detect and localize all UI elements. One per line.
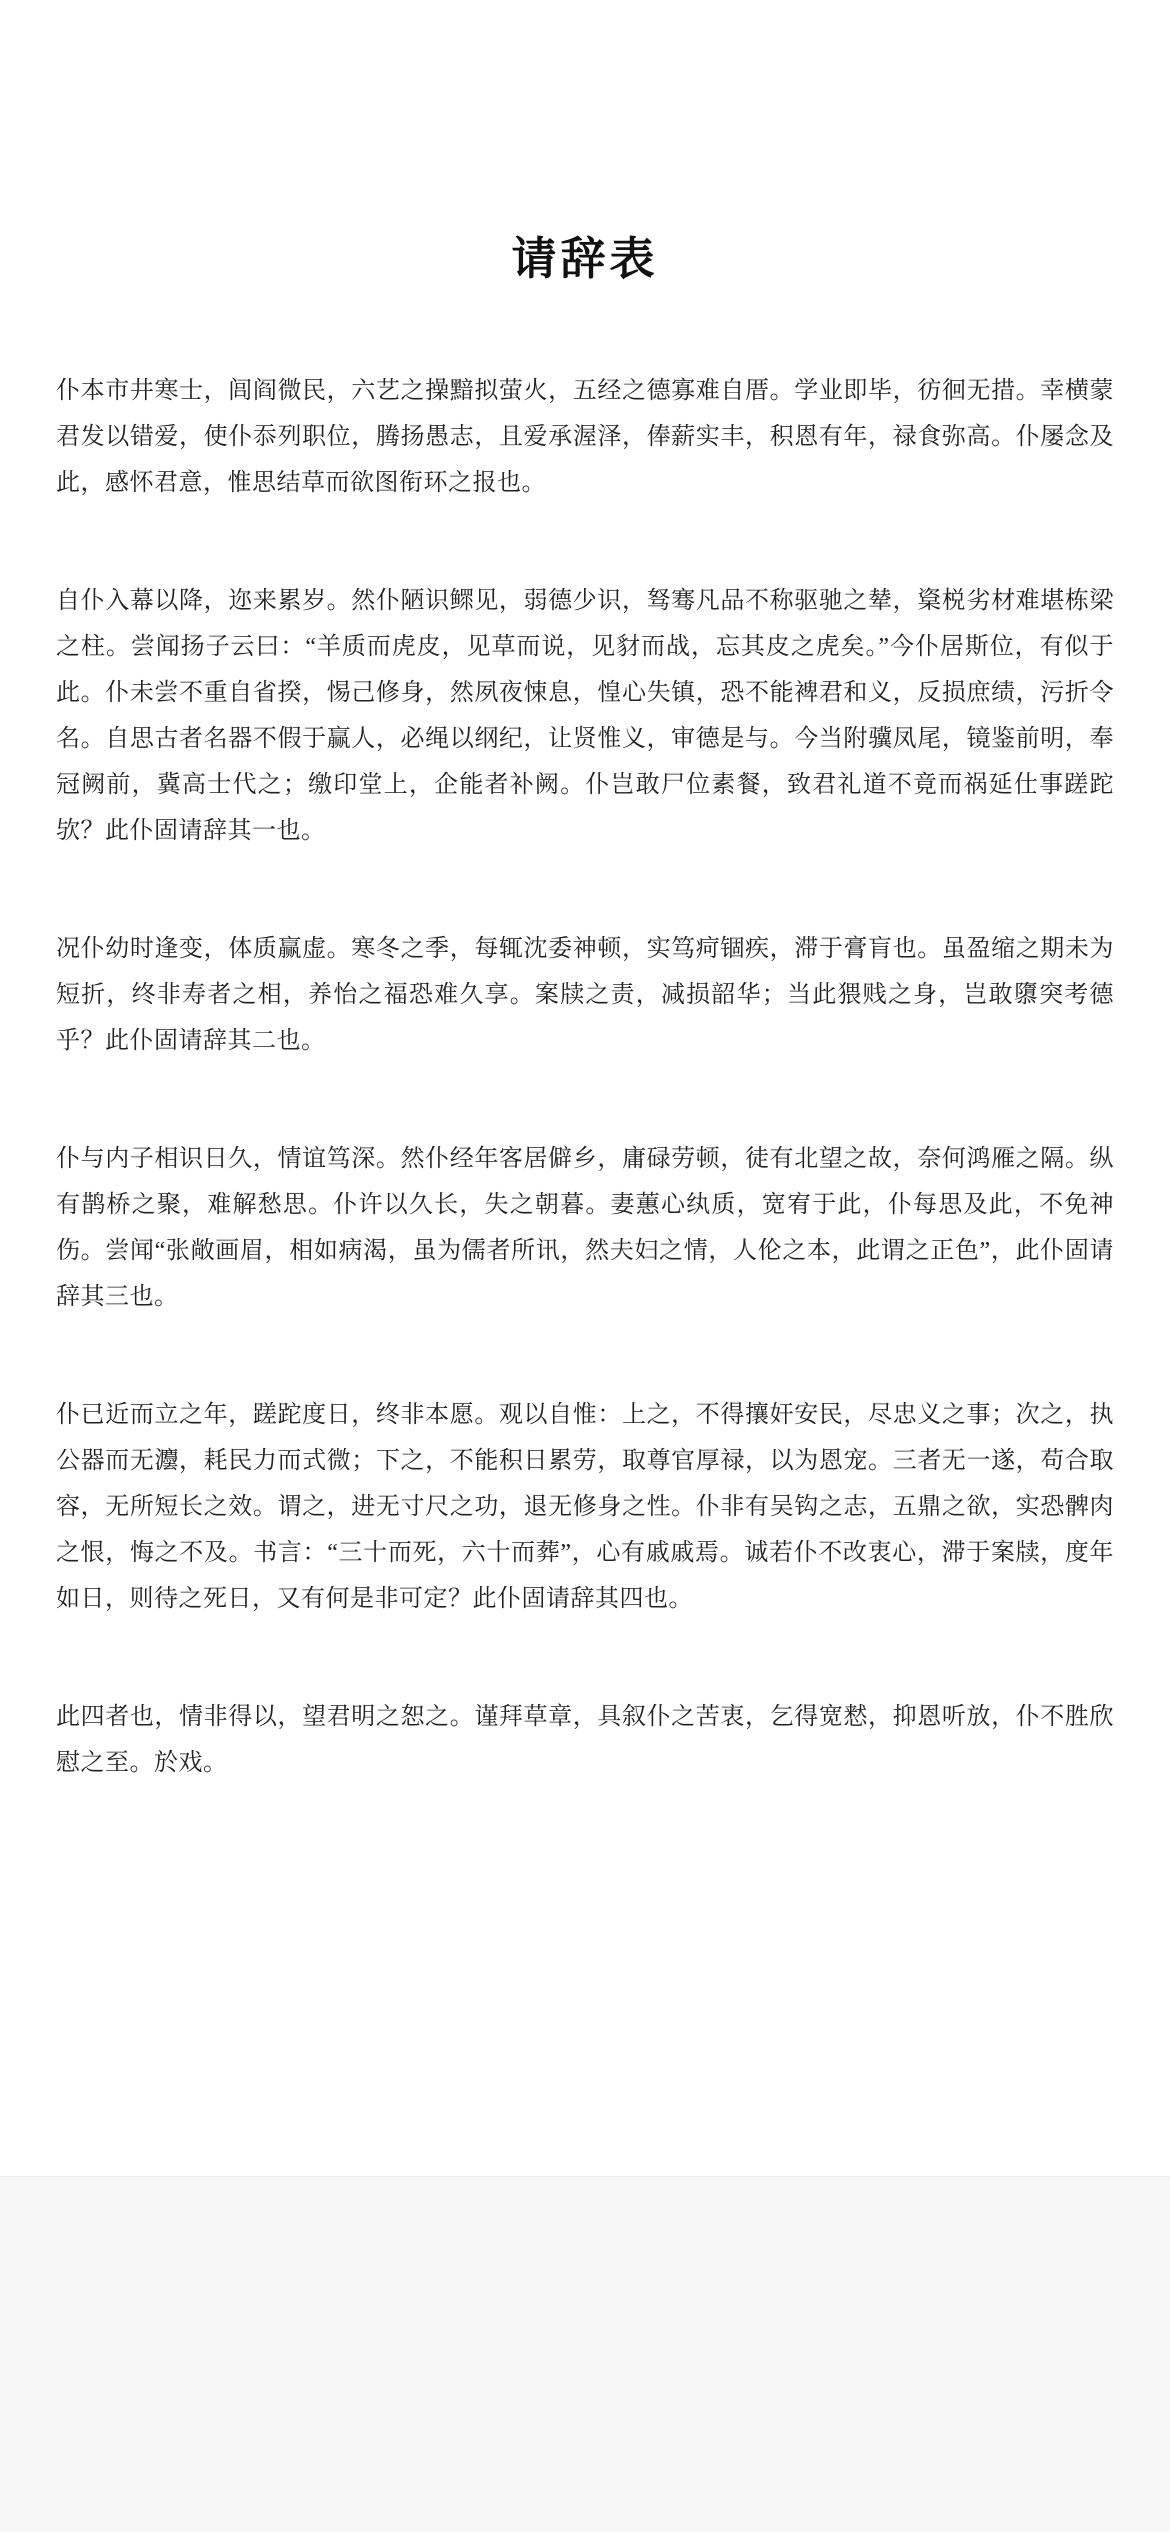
paragraph-intro: 仆本市井寒士，闾阎微民，六艺之操黯拟萤火，五经之德寡难自厝。学业即毕，彷徊无措。…	[56, 368, 1114, 506]
paragraph-reason-two: 况仆幼时逢变，体质赢虚。寒冬之季，每辄沈委神顿，实笃疴锢疾，滞于膏肓也。虽盈缩之…	[56, 926, 1114, 1064]
paragraph-reason-four: 仆已近而立之年，蹉跎度日，终非本愿。观以自惟：上之，不得攘奸安民，尽忠义之事；次…	[56, 1392, 1114, 1622]
paragraph-closing: 此四者也，情非得以，望君明之恕之。谨拜草章，具叙仆之苦衷，乞得宽慭，抑恩听放，仆…	[56, 1694, 1114, 1786]
document-page: 请辞表 仆本市井寒士，闾阎微民，六艺之操黯拟萤火，五经之德寡难自厝。学业即毕，彷…	[0, 0, 1170, 2176]
document-title: 请辞表	[56, 232, 1114, 286]
document-viewer: 请辞表 仆本市井寒士，闾阎微民，六艺之操黯拟萤火，五经之德寡难自厝。学业即毕，彷…	[0, 0, 1170, 2532]
page-background-footer	[0, 2176, 1170, 2532]
paragraph-reason-three: 仆与内子相识日久，情谊笃深。然仆经年客居僻乡，庸碌劳顿，徒有北望之故，奈何鸿雁之…	[56, 1136, 1114, 1320]
paragraph-reason-one: 自仆入幕以降，迩来累岁。然仆陋识鳏见，弱德少识，驽骞凡品不称驱驰之辇，楶棁劣材难…	[56, 578, 1114, 854]
